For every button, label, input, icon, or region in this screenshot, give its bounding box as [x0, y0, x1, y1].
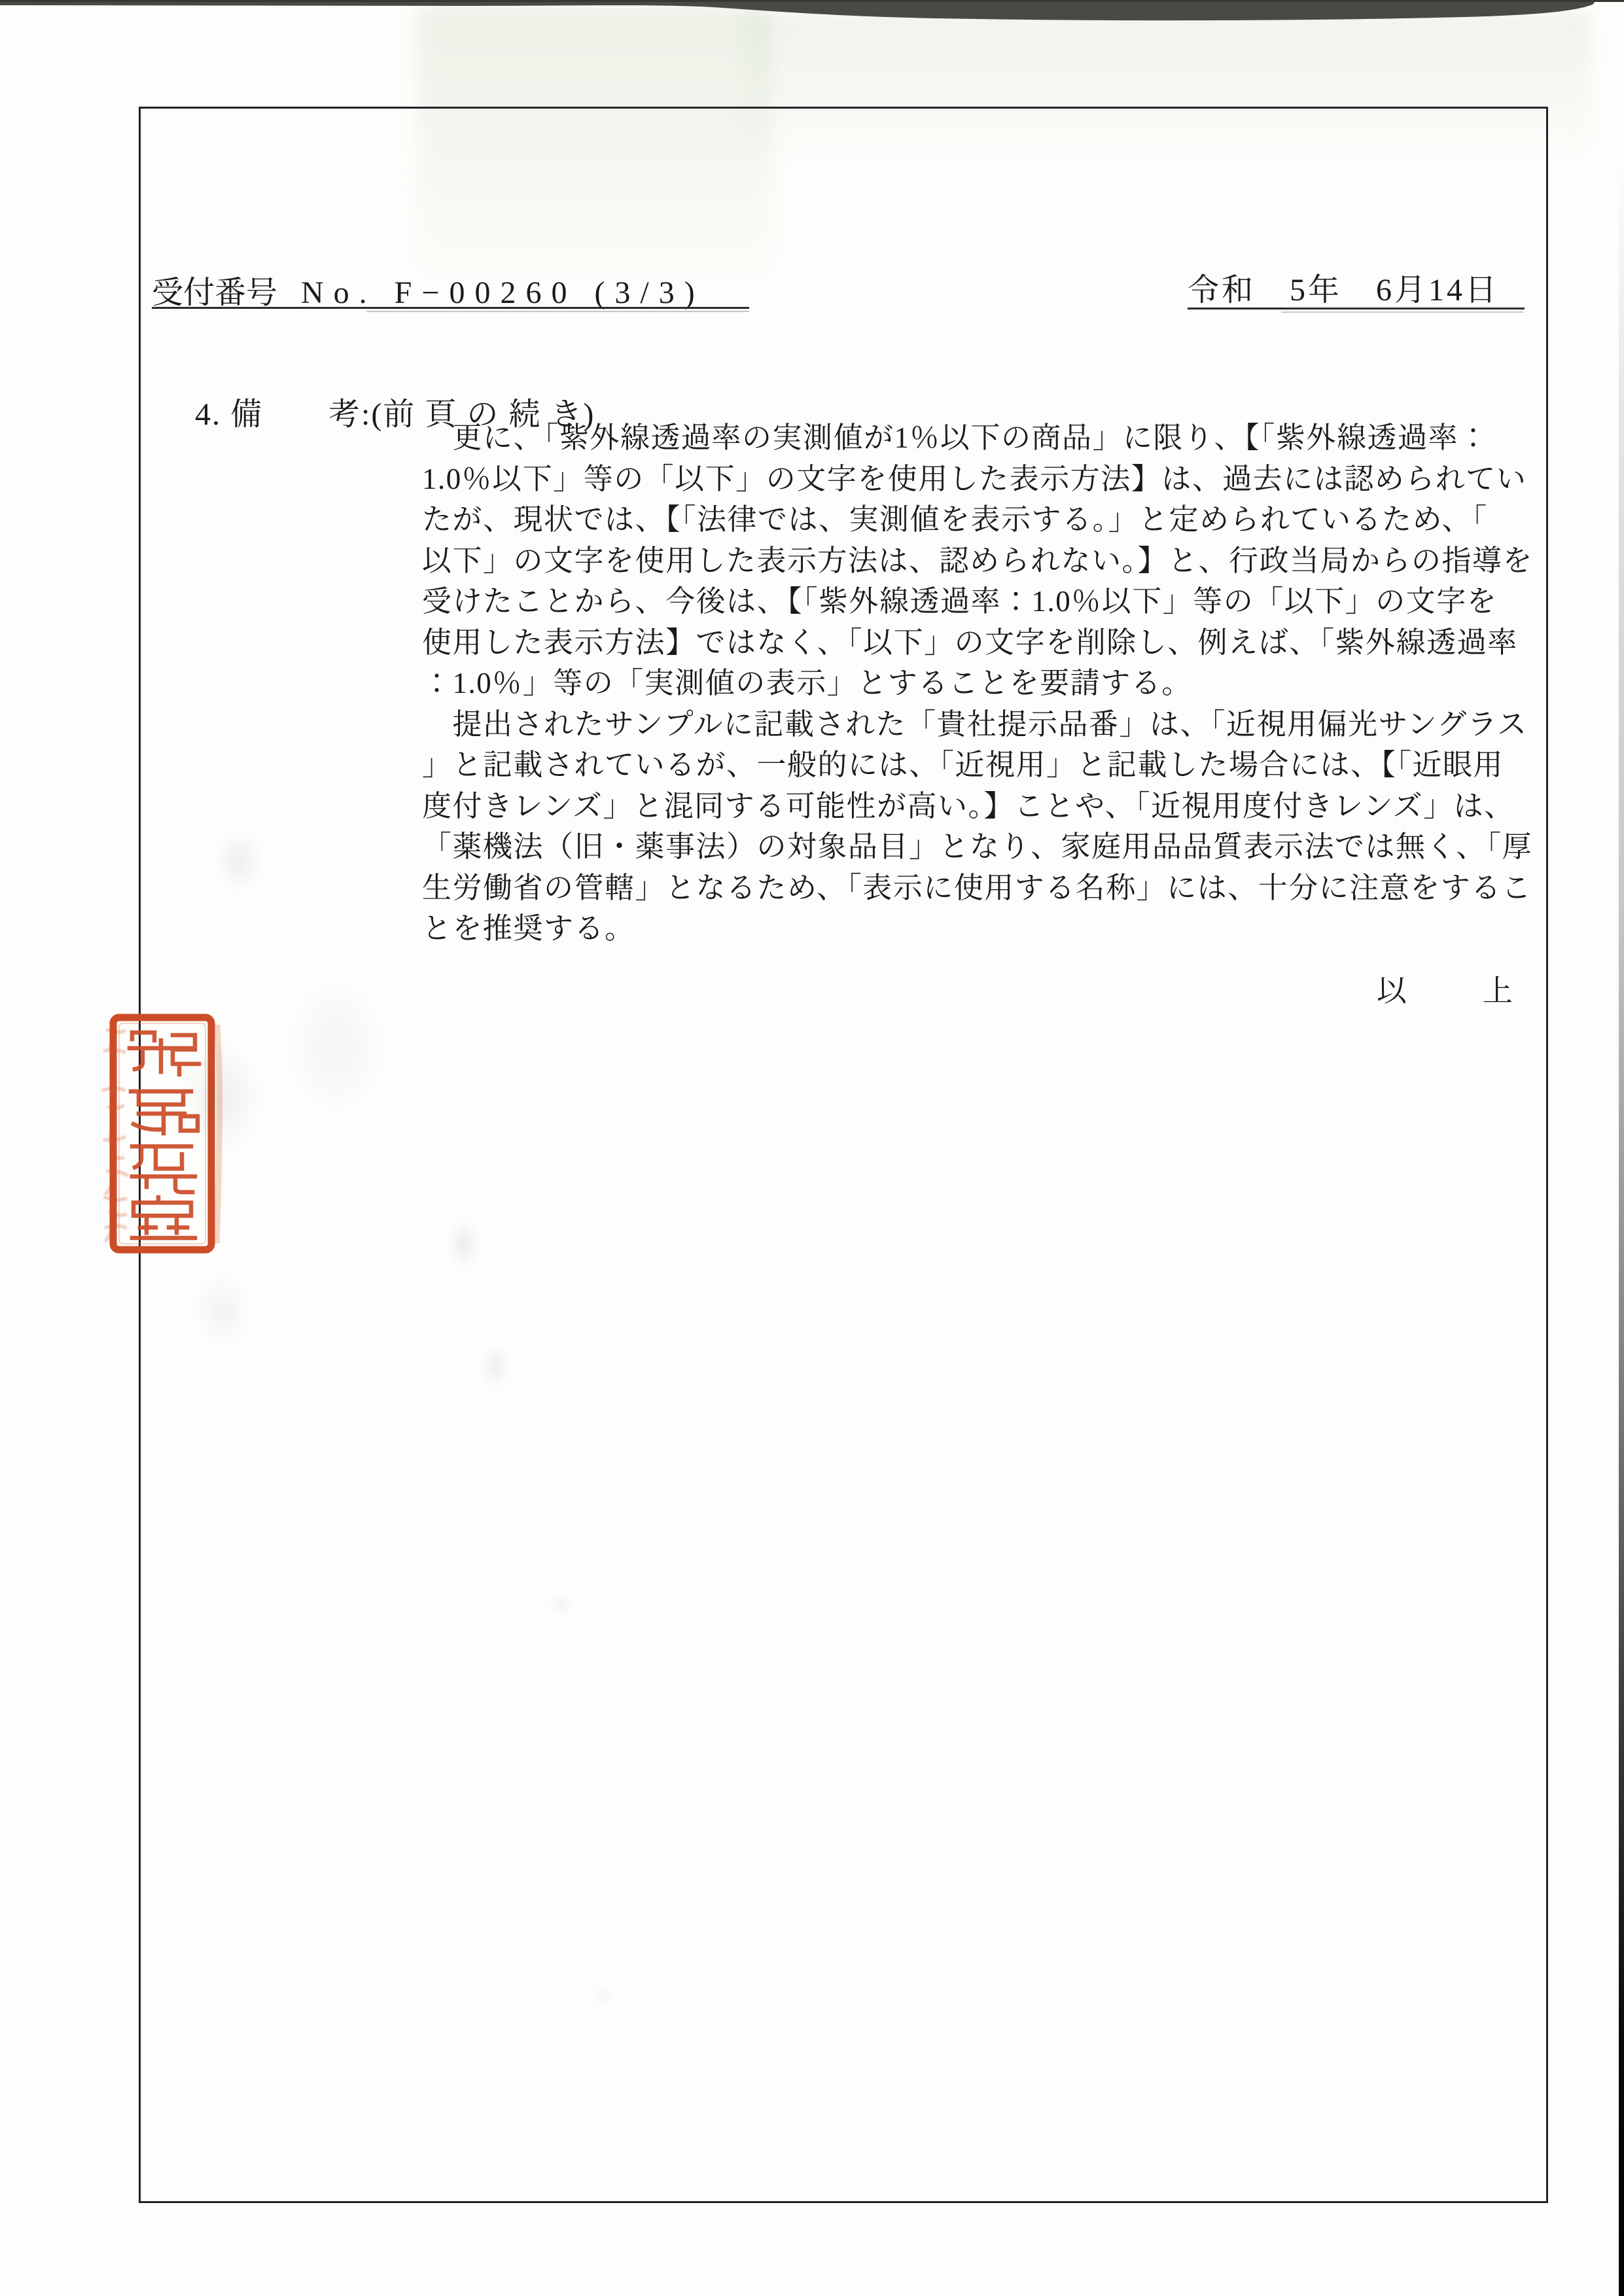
receipt-number-line: 受付番号No. F−00260 (3/3) [152, 267, 705, 312]
underline-echo [1281, 311, 1523, 313]
scan-noise [216, 830, 262, 892]
closing-ijou: 以 上 [422, 967, 1518, 1010]
underline [1188, 308, 1525, 309]
scanned-document-page: 受付番号No. F−00260 (3/3) 令和 5年 6月14日 4. 備 考… [0, 0, 1624, 2296]
receipt-label: 受付番号 [152, 275, 277, 310]
scan-noise [552, 1595, 570, 1614]
underline [152, 307, 749, 309]
body-line: ：1.0％」等の「実測値の表示」とすることを要請する。 [422, 663, 1521, 704]
body-line: たが、現状では、【「法律では、実測値を表示する。」と定められているため、「 [422, 499, 1521, 540]
receipt-number: No. F−00260 (3/3) [301, 275, 705, 310]
body-line: とを推奨する。 [422, 908, 1521, 949]
body-line: 生労働省の管轄」となるため、「表示に使用する名称」には、十分に注意をするこ [422, 868, 1521, 909]
body-line: 1.0％以下」等の「以下」の文字を使用した表示方法】は、過去には認められてい [422, 459, 1521, 500]
body-line: 「薬機法（旧・薬事法）の対象品目」となり、家庭用品品質表示法では無く、「厚 [422, 826, 1521, 868]
body-line: 更に、「紫外線透過率の実測値が1％以下の商品」に限り、【「紫外線透過率： [422, 417, 1521, 459]
scan-noise [181, 1040, 262, 1155]
scan-noise [285, 978, 387, 1116]
scan-noise [195, 1273, 251, 1348]
body-line: 使用した表示方法】ではなく、「以下」の文字を削除し、例えば、「紫外線透過率 [422, 622, 1521, 663]
body-line: 以下」の文字を使用した表示方法は、認められない。】と、行政当局からの指導を [422, 540, 1521, 582]
document-date: 令和 5年 6月14日 [1188, 264, 1499, 309]
scan-noise [483, 1347, 508, 1387]
scan-edge-artifact [1619, 164, 1624, 2296]
body-line: 提出されたサンプルに記載された「貴社提示品番」は、「近視用偏光サングラス [422, 704, 1521, 745]
scan-noise [450, 1220, 478, 1267]
underline-echo [366, 311, 749, 312]
remarks-paragraph: 更に、「紫外線透過率の実測値が1％以下の商品」に限り、【「紫外線透過率：1.0％… [422, 417, 1521, 949]
body-line: 」と記載されているが、一般的には、「近視用」と記載した場合には、【「近眼用 [422, 745, 1521, 786]
scan-noise [594, 1988, 610, 2004]
body-line: 受けたことから、今後は、【「紫外線透過率：1.0％以下」等の「以下」の文字を [422, 581, 1521, 622]
scanner-edge-band [0, 0, 1624, 29]
body-line: 度付きレンズ」と混同する可能性が高い。】ことや、「近視用度付きレンズ」は、 [422, 786, 1521, 827]
